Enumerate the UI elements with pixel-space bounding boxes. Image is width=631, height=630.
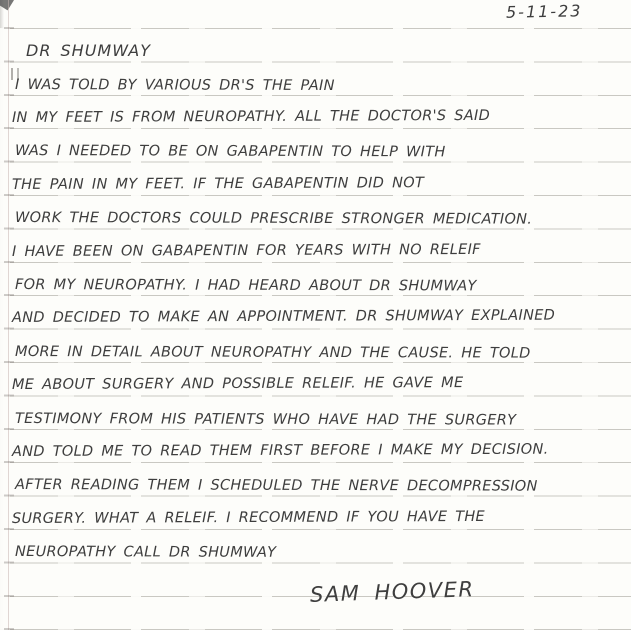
letter-line: AND DECIDED TO MAKE AN APPOINTMENT. DR S… — [12, 293, 627, 329]
letter-line: THE PAIN IN MY FEET. IF THE GABAPENTIN D… — [12, 159, 627, 195]
letter-line: WAS I NEEDED TO BE ON GABAPENTIN TO HELP… — [15, 128, 627, 163]
letter-line: AND TOLD ME TO READ THEM FIRST BEFORE I … — [12, 426, 627, 462]
letter-date: 5-11-23 — [506, 1, 583, 22]
letter-line: ME ABOUT SURGERY AND POSSIBLE RELEIF. HE… — [12, 359, 627, 395]
letter-line: I WAS TOLD BY VARIOUS DR'S THE PAIN — [15, 62, 627, 97]
letter-line: AFTER READING THEM I SCHEDULED THE NERVE… — [15, 462, 627, 497]
letter-line: WORK THE DOCTORS COULD PRESCRIBE STRONGE… — [15, 195, 627, 230]
salutation: DR SHUMWAY — [26, 28, 151, 62]
letter-line: TESTIMONY FROM HIS PATIENTS WHO HAVE HAD… — [15, 396, 627, 431]
letter-line: I HAVE BEEN ON GABAPENTIN FOR YEARS WITH… — [12, 226, 627, 262]
letter-line: IN MY FEET IS FROM NEUROPATHY. ALL THE D… — [12, 92, 627, 128]
letter-line: SURGERY. WHAT A RELEIF. I RECOMMEND IF Y… — [12, 493, 627, 529]
letter-page: 5-11-23 DR SHUMWAY I WAS TOLD BY VARIOUS… — [0, 0, 631, 630]
scan-corner-artifact — [0, 0, 14, 10]
letter-body: I WAS TOLD BY VARIOUS DR'S THE PAIN IN M… — [12, 62, 627, 563]
letter-line: NEUROPATHY CALL DR SHUMWAY — [15, 529, 627, 564]
